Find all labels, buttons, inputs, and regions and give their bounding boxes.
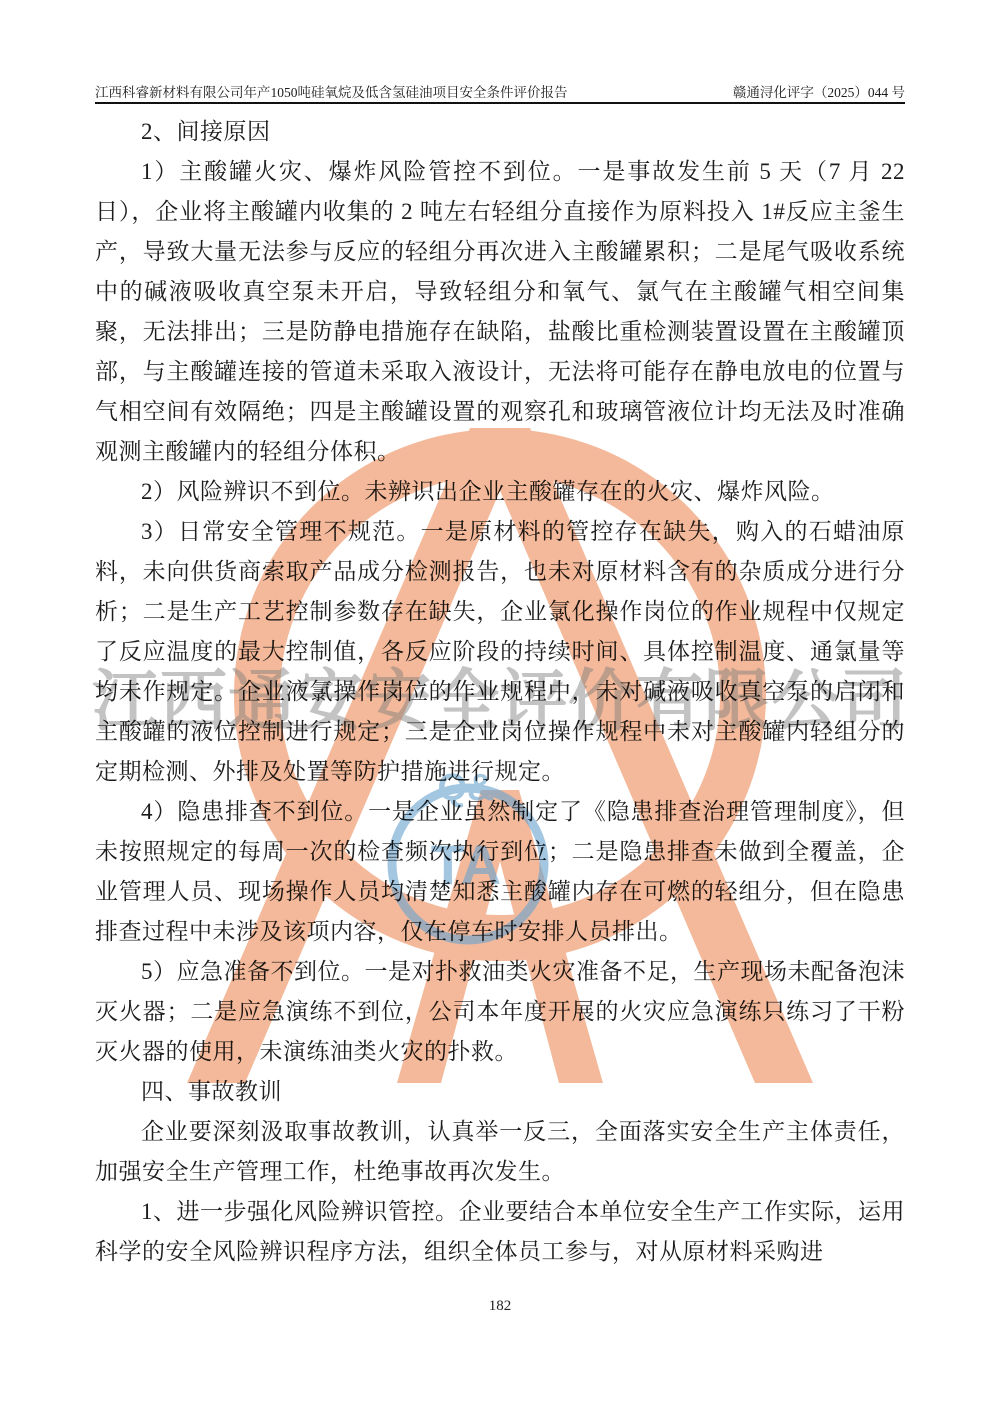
document-page: 江西科睿新材料有限公司年产1050吨硅氧烷及低含氢硅油项目安全条件评价报告 赣通… — [0, 0, 1000, 1414]
paragraph: 2）风险辨识不到位。未辨识出企业主酸罐存在的火灾、爆炸风险。 — [95, 472, 905, 512]
paragraph: 1、进一步强化风险辨识管控。企业要结合本单位安全生产工作实际，运用科学的安全风险… — [95, 1192, 905, 1272]
paragraph: 企业要深刻汲取事故教训，认真举一反三，全面落实安全生产主体责任，加强安全生产管理… — [95, 1112, 905, 1192]
paragraph: 4）隐患排查不到位。一是企业虽然制定了《隐患排查治理管理制度》，但未按照规定的每… — [95, 792, 905, 952]
page-number: 182 — [0, 1298, 1000, 1315]
page-header: 江西科睿新材料有限公司年产1050吨硅氧烷及低含氢硅油项目安全条件评价报告 赣通… — [95, 84, 905, 101]
document-body: 2、间接原因1）主酸罐火灾、爆炸风险管控不到位。一是事故发生前 5 天（7 月 … — [95, 112, 905, 1272]
paragraph: 3）日常安全管理不规范。一是原材料的管控存在缺失，购入的石蜡油原料，未向供货商索… — [95, 512, 905, 792]
paragraph: 四、事故教训 — [95, 1072, 905, 1112]
paragraph: 5）应急准备不到位。一是对扑救油类火灾准备不足，生产现场未配备泡沫灭火器；二是应… — [95, 952, 905, 1072]
header-rule — [95, 102, 905, 104]
paragraph: 2、间接原因 — [95, 112, 905, 152]
paragraph: 1）主酸罐火灾、爆炸风险管控不到位。一是事故发生前 5 天（7 月 22 日），… — [95, 152, 905, 472]
header-left-title: 江西科睿新材料有限公司年产1050吨硅氧烷及低含氢硅油项目安全条件评价报告 — [95, 84, 568, 101]
header-right-doc-number: 赣通浔化评字（2025）044 号 — [733, 84, 905, 101]
